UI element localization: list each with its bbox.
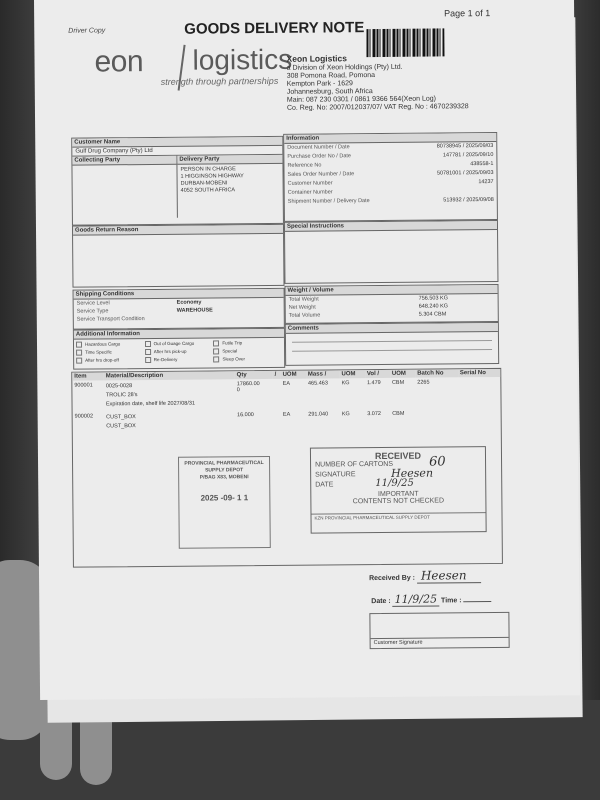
column-header: UOM [339,370,364,378]
column-header: UOM [390,370,415,378]
depot-stamp: PROVINCIAL PHARMACEUTICALSUPPLY DEPOTP/B… [178,456,271,549]
additional-option-label: Sleep Over [222,356,245,361]
table-cell: 465.463 [306,378,340,409]
table-cell: KG [340,378,366,409]
customer-signature-label: Customer Signature [371,638,509,647]
additional-info-section: Additional Information Hazardous CargoOu… [73,328,285,370]
additional-options: Hazardous CargoOut of Guage CargoFutile … [74,338,284,366]
checkbox[interactable] [76,350,82,356]
information-value: 438558-1 [470,160,493,169]
additional-option-label: After hrs drop-off [85,357,119,362]
table-cell: 900001 [72,380,104,411]
delivery-address-line: 4052 SOUTH AFRICA [181,187,280,195]
customer-section: Customer Name Gulf Drug Company (Pty) Lt… [71,136,284,226]
company-block: Xeon Logistics a Division of Xeon Holdin… [286,53,468,113]
table-cell: 17860.00 0 [235,379,273,410]
received-by-label: Received By : [369,575,415,582]
depot-stamp-date: 2025 -09- 1 1 [179,493,269,503]
information-row: Shipment Number / Delivery Date513932 / … [285,196,497,207]
table-cell: 3.072 [365,409,390,431]
additional-option: Sleep Over [213,356,282,363]
customer-signature-box: Customer Signature [369,612,509,649]
page-number: Page 1 of 1 [444,8,490,18]
information-label: Shipment Number / Delivery Date [288,197,370,207]
additional-option: Re-Delivery [145,356,214,363]
column-header: Vol / [365,370,390,378]
additional-option-label: Futile Trip [222,340,242,345]
additional-option: Special [213,348,282,355]
information-value: 513932 / 2025/09/08 [443,196,494,205]
additional-option: Futile Trip [213,340,282,347]
information-section: Information Document Number / Date807389… [283,132,498,222]
table-cell: KG [340,409,366,431]
table-cell [458,408,501,430]
received-stamp-footer: KZN PROVINCIAL PHARMACEUTICAL SUPPLY DEP… [311,512,485,522]
table-cell [273,379,281,410]
table-cell: CBM [390,378,416,409]
goods-return-section: Goods Return Reason [72,224,285,288]
table-cell [415,408,458,430]
company-address: a Division of Xeon Holdings (Pty) Ltd.30… [287,63,469,113]
checkbox[interactable] [213,340,219,346]
weight-value: 756.503 KG [419,294,448,302]
additional-option-label: Out of Guage Cargo [154,341,195,346]
information-rows: Document Number / Date80738945 / 2025/09… [284,142,497,207]
information-label: Container Number [288,188,333,197]
table-cell: EA [281,410,307,432]
delivery-note-sheet: Driver Copy GOODS DELIVERY NOTE Page 1 o… [34,0,580,700]
signoff-time-label: Time : [441,597,462,604]
table-cell: CBM [390,409,416,431]
additional-option-label: Special [222,348,237,353]
table-row: 9000010025-0028TROLIC 28'sExpiration dat… [72,377,500,412]
table-cell: CUST_BOXCUST_BOX [104,410,235,433]
signoff-date: Date : 11/9/25 Time : [371,592,491,606]
logo-eon: eon [94,45,143,79]
column-header: UOM [281,371,306,379]
received-by-value: Heesen [417,568,481,584]
special-instructions-section: Special Instructions [284,220,499,284]
table-cell: EA [281,379,307,410]
additional-option-label: After hrs pick-up [154,349,187,354]
additional-option-label: Re-Delivery [154,357,178,362]
table-cell: 16.000 [235,410,273,432]
information-label: Purchase Order No / Date [287,152,351,162]
table-row: 900002CUST_BOXCUST_BOX16.000EA291.040KG3… [73,408,501,434]
comments-header: Comments [286,323,498,334]
shipping-value: WAREHOUSE [177,306,213,314]
checkbox[interactable] [145,349,151,355]
depot-stamp-line: P/BAG X83, MOBENI [179,474,269,482]
table-cell: 291.040 [306,409,340,431]
shipping-label: Service Transport Condition [77,315,177,324]
weight-rows: Total Weight756.503 KGNet Weight648.240 … [286,294,498,320]
items-table: ItemMaterial/DescriptionQty/UOMMass /UOM… [72,369,501,434]
signature-label: SIGNATURE [315,471,355,478]
additional-option: After hrs pick-up [145,348,214,355]
table-cell: 900002 [73,411,105,433]
checkbox[interactable] [145,341,151,347]
tagline: strength through partnerships [161,76,279,87]
additional-option-label: Time Specific [85,350,112,355]
table-cell [273,410,281,432]
weight-value: 648.240 KG [419,302,448,310]
weight-label: Total Volume [289,311,419,320]
additional-option: Hazardous Cargo [76,341,145,348]
additional-option: Time Specific [76,349,145,356]
shipping-section: Shipping Conditions Service LevelEconomy… [73,288,285,330]
signoff-date-label: Date : [371,598,391,605]
additional-option: After hrs drop-off [76,357,145,364]
information-label: Reference No [287,161,321,170]
weight-row: Total Volume5.304 CBM [286,310,498,320]
weight-value: 5.304 CBM [419,310,447,318]
information-label: Customer Number [288,179,333,188]
checkbox[interactable] [76,342,82,348]
received-date-value: 11/9/25 [375,478,414,489]
copy-label: Driver Copy [68,27,105,34]
shipping-value: Economy [177,299,202,307]
logo-logistics: logistics [192,44,292,77]
goods-return-header: Goods Return Reason [73,225,283,236]
shipping-row: Service Transport Condition [74,314,284,324]
shipping-rows: Service LevelEconomyService TypeWAREHOUS… [74,298,284,324]
column-header: Item [72,372,104,380]
special-instructions-header: Special Instructions [285,221,497,232]
delivery-party-address: PERSON IN CHARGE1 HIGGINSON HIGHWAYDURBA… [177,164,282,197]
information-label: Sales Order Number / Date [288,170,355,180]
checkbox[interactable] [145,357,151,363]
information-value: 14237 [478,178,493,187]
received-stamp: RECEIVED NUMBER OF CARTONS60 SIGNATUREHe… [310,446,487,534]
company-name: Xeon Logistics [286,53,347,64]
date-label: DATE [315,481,333,488]
contents-note: CONTENTS NOT CHECKED [311,497,485,506]
table-cell: 2265 [415,377,458,408]
comments-section: Comments [285,322,499,366]
checkbox[interactable] [213,348,219,354]
collecting-party-header: Collecting Party [72,156,176,166]
table-cell: 1.479 [365,378,390,409]
signoff-time-value [463,601,491,602]
item-description-line: CUST_BOX [106,421,233,431]
checkbox[interactable] [213,356,219,362]
additional-option-label: Hazardous Cargo [85,341,120,346]
information-value: 80738945 / 2025/09/03 [437,142,494,151]
cartons-label: NUMBER OF CARTONS [315,461,393,469]
additional-option: Out of Guage Cargo [145,340,214,347]
checkbox[interactable] [76,358,82,364]
document-title: GOODS DELIVERY NOTE [184,19,364,38]
depot-stamp-text: PROVINCIAL PHARMACEUTICALSUPPLY DEPOTP/B… [179,457,269,482]
received-by: Received By : Heesen [369,568,481,583]
item-description-line: Expiration date, shelf life 2027/08/31 [106,399,233,409]
column-header: / [273,371,281,379]
signoff-date-value: 11/9/25 [393,592,440,606]
table-cell [458,377,501,408]
information-value: 147781 / 2025/09/10 [443,151,494,160]
weight-section: Weight / Volume Total Weight756.503 KGNe… [285,284,499,324]
address-line: Co. Reg. No: 2007/012037/07/ VAT Reg. No… [287,103,469,113]
table-cell: 0025-0028TROLIC 28'sExpiration date, she… [104,379,235,411]
